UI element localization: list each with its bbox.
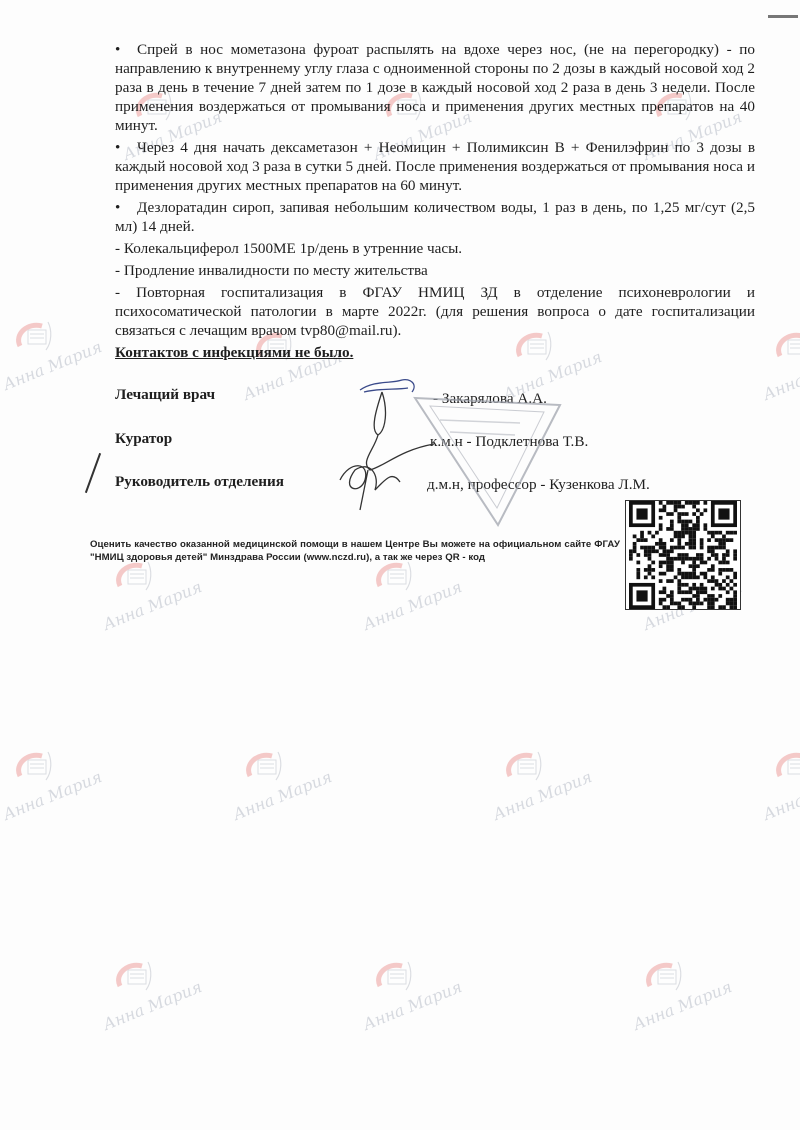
watermark: Анна Мария [630,960,720,1040]
watermark: Анна Мария [360,960,450,1040]
seal-logo-icon [644,960,686,996]
seal-logo-icon [374,560,416,596]
seal-logo-icon [244,750,286,786]
contacts-note: Контактов с инфекциями не было. [115,344,353,362]
prescription-item: Спрей в нос мометазона фуроат распылять … [115,40,755,135]
watermark: Анна Мария [0,750,90,830]
watermark: Анна Мария [100,560,190,640]
pen-stroke [85,453,101,493]
seal-logo-icon [14,750,56,786]
seal-logo-icon [504,750,546,786]
seal-logo-icon [774,750,800,786]
feedback-notice: Оценить качество оказанной медицинской п… [90,538,620,564]
prescription-text: Дезлоратадин сироп, запивая небольшим ко… [115,199,755,235]
signature-icon [330,370,440,520]
seal-logo-icon [14,320,56,356]
seal-logo-icon [114,560,156,596]
watermark: Анна Мария [490,750,580,830]
prescription-text: Через 4 дня начать дексаметазон + Неомиц… [115,139,755,194]
prescription-text: Спрей в нос мометазона фуроат распылять … [115,41,755,134]
seal-logo-icon [374,960,416,996]
recommendation-item: - Продление инвалидности по месту житель… [115,261,755,280]
watermark: Анна Мария [0,320,90,400]
watermark: Анна Мария [100,960,190,1040]
watermark: Анна Мария [360,560,450,640]
watermark: Анна Мария [760,330,800,410]
recommendation-item: - Колекальциферол 1500МЕ 1р/день в утрен… [115,239,755,258]
watermark: Анна Мария [760,750,800,830]
signature-role: Куратор [115,430,172,448]
scan-mark [768,15,798,18]
seal-logo-icon [114,960,156,996]
watermark: Анна Мария [230,750,320,830]
seal-logo-icon [774,330,800,366]
prescription-list: Спрей в нос мометазона фуроат распылять … [115,40,755,343]
qr-code[interactable] [625,500,741,610]
signature-role: Лечащий врач [115,386,215,404]
signature-role: Руководитель отделения [115,473,284,491]
prescription-item: Дезлоратадин сироп, запивая небольшим ко… [115,198,755,236]
prescription-item: Через 4 дня начать дексаметазон + Неомиц… [115,138,755,195]
recommendation-item: - Повторная госпитализация в ФГАУ НМИЦ З… [115,283,755,340]
